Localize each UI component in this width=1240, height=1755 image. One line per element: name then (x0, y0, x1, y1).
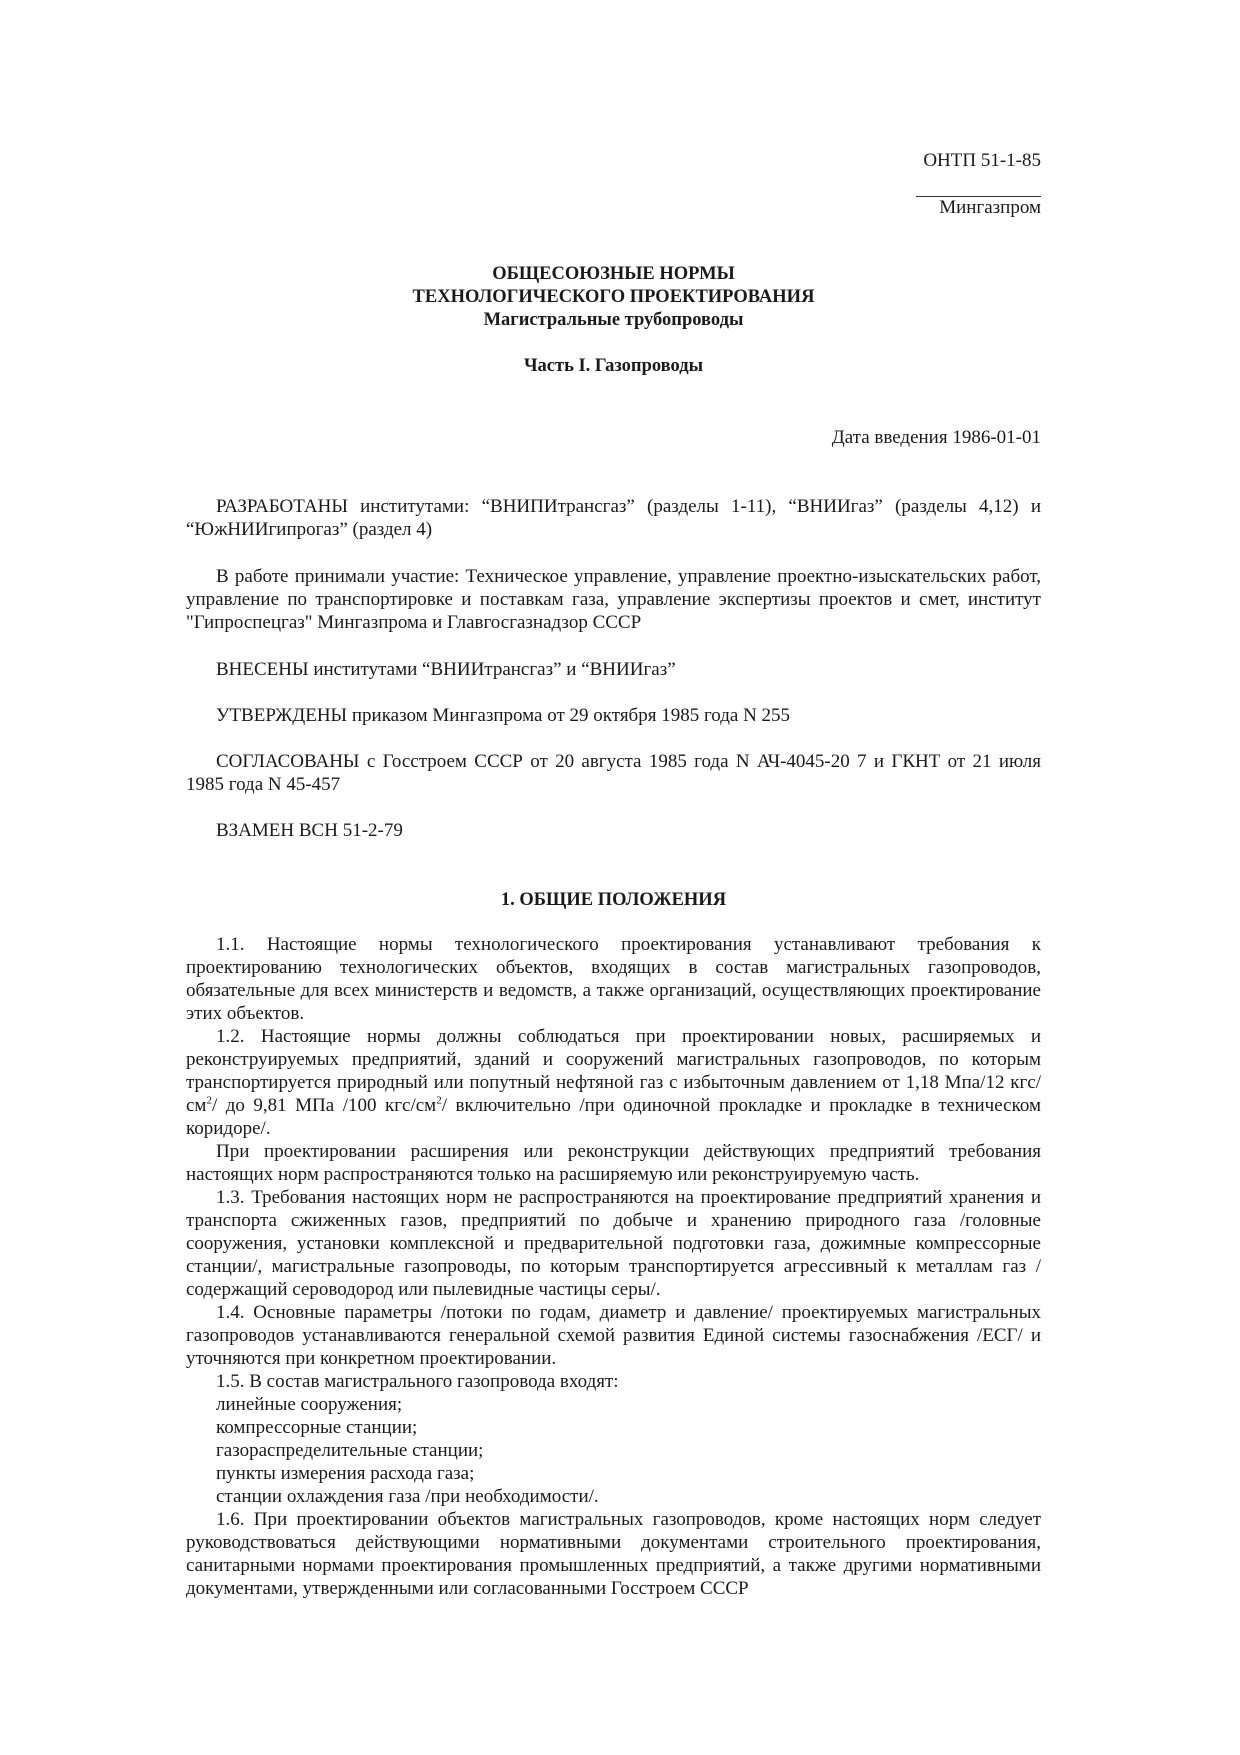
document-title: ОБЩЕСОЮЗНЫЕ НОРМЫ ТЕХНОЛОГИЧЕСКОГО ПРОЕК… (186, 263, 1041, 332)
section-body: 1.1. Настоящие нормы технологического пр… (186, 933, 1041, 1600)
introduced-by-paragraph: ВНЕСЕНЫ институтами “ВНИИтрансгаз” и “ВН… (186, 658, 1041, 681)
clause-1-2: 1.2. Настоящие нормы должны соблюдаться … (186, 1025, 1041, 1140)
clause-1-1: 1.1. Настоящие нормы технологического пр… (186, 933, 1041, 1025)
title-line-2: ТЕХНОЛОГИЧЕСКОГО ПРОЕКТИРОВАНИЯ (186, 286, 1041, 309)
agreed-paragraph: СОГЛАСОВАНЫ с Госстроем СССР от 20 авгус… (186, 750, 1041, 796)
part-title: Часть I. Газопроводы (186, 356, 1041, 377)
clause-1-5: 1.5. В состав магистрального газопровода… (186, 1370, 1041, 1393)
clause-1-2-text-b: / до 9,81 МПа /100 кгс/см (212, 1095, 436, 1116)
title-line-1: ОБЩЕСОЮЗНЫЕ НОРМЫ (186, 263, 1041, 286)
clause-1-2-continuation: При проектировании расширения или реконс… (186, 1140, 1041, 1186)
issuing-organization: Мингазпром (939, 197, 1041, 219)
list-item: пункты измерения расхода газа; (186, 1462, 1041, 1485)
clause-1-4: 1.4. Основные параметры /потоки по годам… (186, 1301, 1041, 1370)
clause-1-6: 1.6. При проектировании объектов магистр… (186, 1508, 1041, 1600)
section-heading: 1. ОБЩИЕ ПОЛОЖЕНИЯ (186, 890, 1041, 911)
introduction-date: Дата введения 1986-01-01 (832, 427, 1041, 449)
list-item: компрессорные станции; (186, 1416, 1041, 1439)
list-item: станции охлаждения газа /при необходимос… (186, 1485, 1041, 1508)
participants-paragraph: В работе принимали участие: Техническое … (186, 565, 1041, 634)
replaces-paragraph: ВЗАМЕН ВСН 51-2-79 (186, 819, 1041, 842)
approved-paragraph: УТВЕРЖДЕНЫ приказом Мингазпрома от 29 ок… (186, 704, 1041, 727)
title-subtitle: Магистральные трубопроводы (186, 309, 1041, 332)
document-code: ОНТП 51-1-85 (923, 150, 1041, 172)
list-item: линейные сооружения; (186, 1393, 1041, 1416)
list-item: газораспределительные станции; (186, 1439, 1041, 1462)
developed-by-paragraph: РАЗРАБОТАНЫ институтами: “ВНИПИтрансгаз”… (186, 495, 1041, 541)
clause-1-3: 1.3. Требования настоящих норм не распро… (186, 1186, 1041, 1301)
